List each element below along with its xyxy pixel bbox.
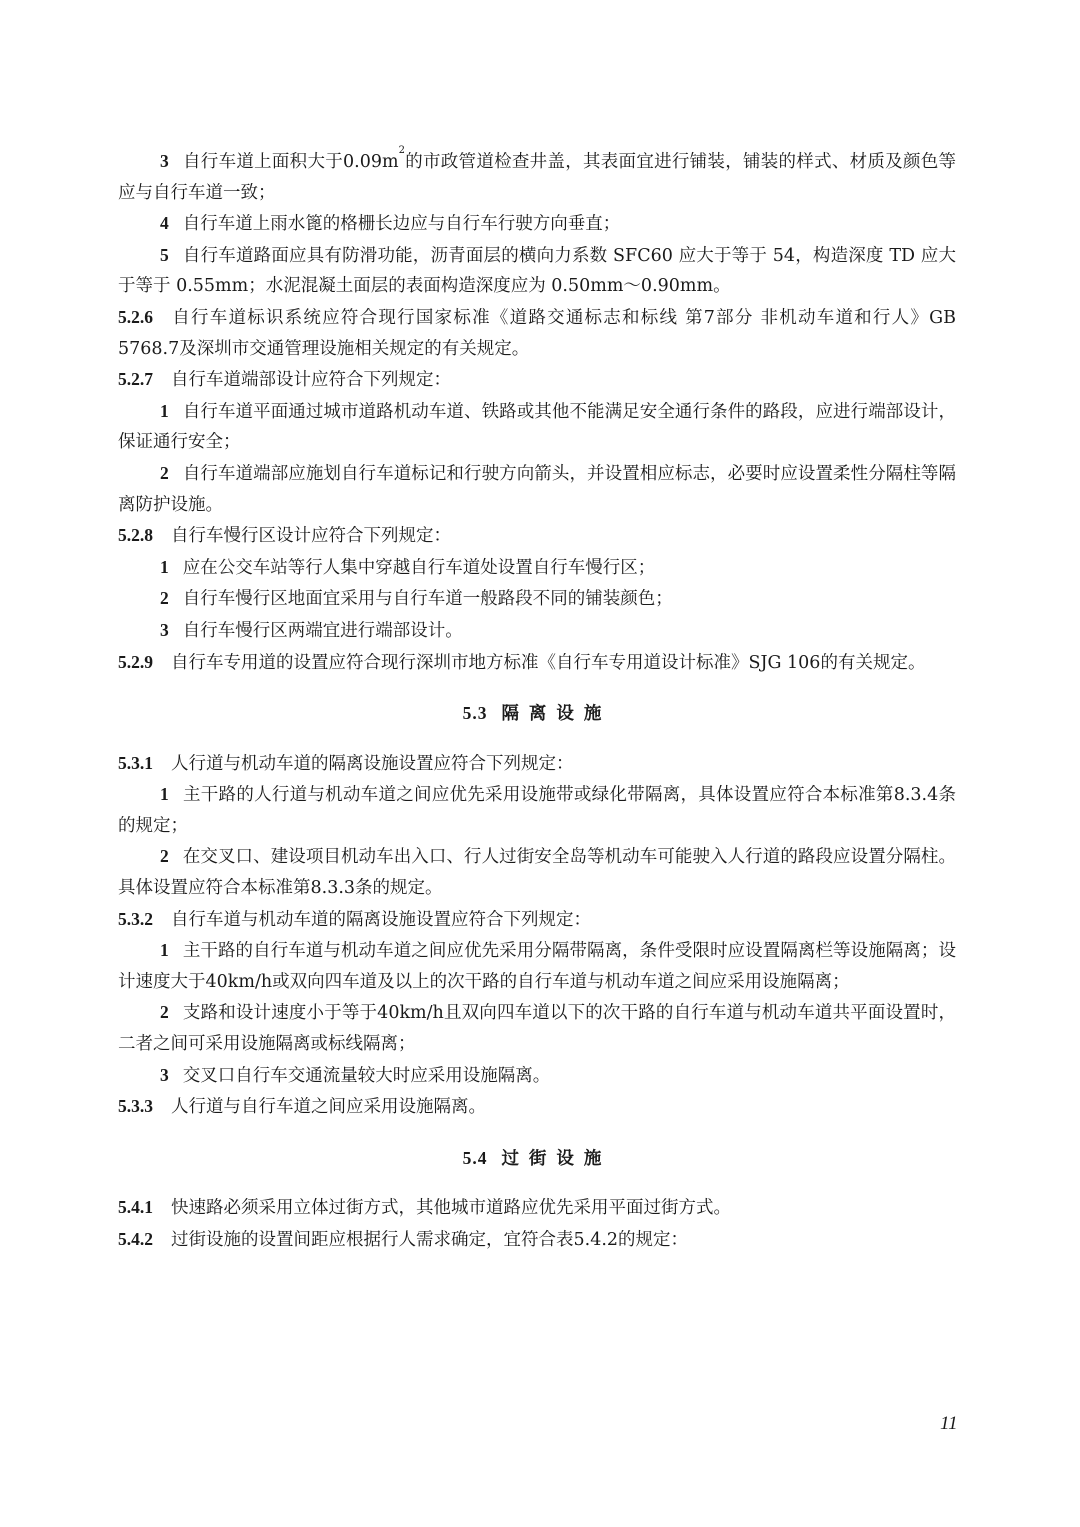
clause-text: 自行车慢行区设计应符合下列规定：: [171, 526, 451, 546]
section-number: 5.3: [463, 703, 488, 723]
item-number: 2: [160, 1002, 169, 1022]
section-number: 5.4: [463, 1148, 488, 1168]
page-number: 11: [940, 1413, 958, 1435]
list-item: 1自行车道平面通过城市道路机动车道、铁路或其他不能满足安全通行条件的路段，应进行…: [118, 396, 956, 458]
item-text: 自行车慢行区地面宜采用与自行车道一般路段不同的铺装颜色；: [183, 589, 673, 609]
clause-number: 5.3.3: [118, 1096, 153, 1116]
page-content: 3自行车道上面积大于0.09m2的市政管道检查井盖，其表面宜进行铺装，铺装的样式…: [118, 146, 956, 1256]
clause: 5.4.2过街设施的设置间距应根据行人需求确定，宜符合表5.4.2的规定：: [118, 1224, 956, 1256]
clause-number: 5.2.8: [118, 525, 153, 545]
item-text: 主干路的人行道与机动车道之间应优先采用设施带或绿化带隔离，具体设置应符合本标准第…: [118, 785, 956, 836]
document-page: 3自行车道上面积大于0.09m2的市政管道检查井盖，其表面宜进行铺装，铺装的样式…: [0, 0, 1080, 1527]
item-number: 1: [160, 784, 169, 804]
item-text: 自行车道端部应施划自行车道标记和行驶方向箭头，并设置相应标志，必要时应设置柔性分…: [118, 464, 956, 515]
list-item: 3自行车道上面积大于0.09m2的市政管道检查井盖，其表面宜进行铺装，铺装的样式…: [118, 146, 956, 208]
item-number: 1: [160, 557, 169, 577]
clause-text: 自行车专用道的设置应符合现行深圳市地方标准《自行车专用道设计标准》SJG 106…: [171, 653, 925, 673]
section-title: 过街设施: [501, 1149, 611, 1169]
clause: 5.2.7自行车道端部设计应符合下列规定：: [118, 364, 956, 396]
clause-number: 5.2.7: [118, 369, 153, 389]
item-text: 自行车道上雨水篦的格栅长边应与自行车行驶方向垂直；: [183, 214, 621, 234]
item-text: 应在公交车站等行人集中穿越自行车道处设置自行车慢行区；: [183, 558, 656, 578]
list-item: 1主干路的人行道与机动车道之间应优先采用设施带或绿化带隔离，具体设置应符合本标准…: [118, 779, 956, 841]
item-text: 支路和设计速度小于等于40km/h且双向四车道以下的次干路的自行车道与机动车道共…: [118, 1003, 956, 1054]
clause-number: 5.3.1: [118, 753, 153, 773]
list-item: 1主干路的自行车道与机动车道之间应优先采用分隔带隔离，条件受限时应设置隔离栏等设…: [118, 935, 956, 997]
clause-text: 自行车道标识系统应符合现行国家标准《道路交通标志和标线 第7部分 非机动车道和行…: [118, 308, 956, 359]
item-number: 2: [160, 463, 169, 483]
clause: 5.2.9自行车专用道的设置应符合现行深圳市地方标准《自行车专用道设计标准》SJ…: [118, 647, 956, 679]
list-item: 3自行车慢行区两端宜进行端部设计。: [118, 615, 956, 647]
clause-text: 自行车道与机动车道的隔离设施设置应符合下列规定：: [171, 910, 591, 930]
section-title: 隔离设施: [501, 704, 611, 724]
item-text: 交叉口自行车交通流量较大时应采用设施隔离。: [183, 1066, 551, 1086]
item-number: 1: [160, 940, 169, 960]
clause-number: 5.4.1: [118, 1197, 153, 1217]
clause: 5.3.3人行道与自行车道之间应采用设施隔离。: [118, 1091, 956, 1123]
clause-text: 自行车道端部设计应符合下列规定：: [171, 370, 451, 390]
clause-number: 5.4.2: [118, 1229, 153, 1249]
list-item: 2自行车道端部应施划自行车道标记和行驶方向箭头，并设置相应标志，必要时应设置柔性…: [118, 458, 956, 520]
clause-number: 5.2.9: [118, 652, 153, 672]
item-number: 3: [160, 620, 169, 640]
clause-text: 快速路必须采用立体过街方式，其他城市道路应优先采用平面过街方式。: [171, 1198, 731, 1218]
list-item: 2支路和设计速度小于等于40km/h且双向四车道以下的次干路的自行车道与机动车道…: [118, 997, 956, 1059]
item-text: 在交叉口、建设项目机动车出入口、行人过街安全岛等机动车可能驶入人行道的路段应设置…: [118, 847, 956, 898]
clause: 5.4.1快速路必须采用立体过街方式，其他城市道路应优先采用平面过街方式。: [118, 1192, 956, 1224]
list-item: 1应在公交车站等行人集中穿越自行车道处设置自行车慢行区；: [118, 552, 956, 584]
item-text: 自行车道上面积大于0.09m: [183, 152, 399, 172]
clause: 5.2.8自行车慢行区设计应符合下列规定：: [118, 520, 956, 552]
list-item: 2在交叉口、建设项目机动车出入口、行人过街安全岛等机动车可能驶入人行道的路段应设…: [118, 841, 956, 903]
clause-text: 人行道与自行车道之间应采用设施隔离。: [171, 1097, 486, 1117]
clause-number: 5.3.2: [118, 909, 153, 929]
item-number: 1: [160, 401, 169, 421]
item-number: 2: [160, 846, 169, 866]
section-heading-5-4: 5.4过街设施: [118, 1143, 956, 1175]
item-number: 5: [160, 245, 169, 265]
list-item: 2自行车慢行区地面宜采用与自行车道一般路段不同的铺装颜色；: [118, 583, 956, 615]
item-text: 主干路的自行车道与机动车道之间应优先采用分隔带隔离，条件受限时应设置隔离栏等设施…: [118, 941, 956, 992]
list-item: 3交叉口自行车交通流量较大时应采用设施隔离。: [118, 1060, 956, 1092]
clause: 5.3.2自行车道与机动车道的隔离设施设置应符合下列规定：: [118, 904, 956, 936]
section-heading-5-3: 5.3隔离设施: [118, 698, 956, 730]
item-text: 自行车慢行区两端宜进行端部设计。: [183, 621, 463, 641]
list-item: 4自行车道上雨水篦的格栅长边应与自行车行驶方向垂直；: [118, 208, 956, 240]
item-number: 3: [160, 1065, 169, 1085]
item-number: 3: [160, 151, 169, 171]
item-text: 自行车道平面通过城市道路机动车道、铁路或其他不能满足安全通行条件的路段，应进行端…: [118, 402, 956, 453]
clause-number: 5.2.6: [118, 307, 153, 327]
item-number: 2: [160, 588, 169, 608]
item-text: 自行车道路面应具有防滑功能，沥青面层的横向力系数 SFC60 应大于等于 54，…: [118, 246, 956, 297]
item-number: 4: [160, 213, 169, 233]
list-item: 5自行车道路面应具有防滑功能，沥青面层的横向力系数 SFC60 应大于等于 54…: [118, 240, 956, 302]
clause-text: 人行道与机动车道的隔离设施设置应符合下列规定：: [171, 754, 574, 774]
clause: 5.3.1人行道与机动车道的隔离设施设置应符合下列规定：: [118, 748, 956, 780]
clause-text: 过街设施的设置间距应根据行人需求确定，宜符合表5.4.2的规定：: [171, 1230, 688, 1250]
clause: 5.2.6自行车道标识系统应符合现行国家标准《道路交通标志和标线 第7部分 非机…: [118, 302, 956, 364]
